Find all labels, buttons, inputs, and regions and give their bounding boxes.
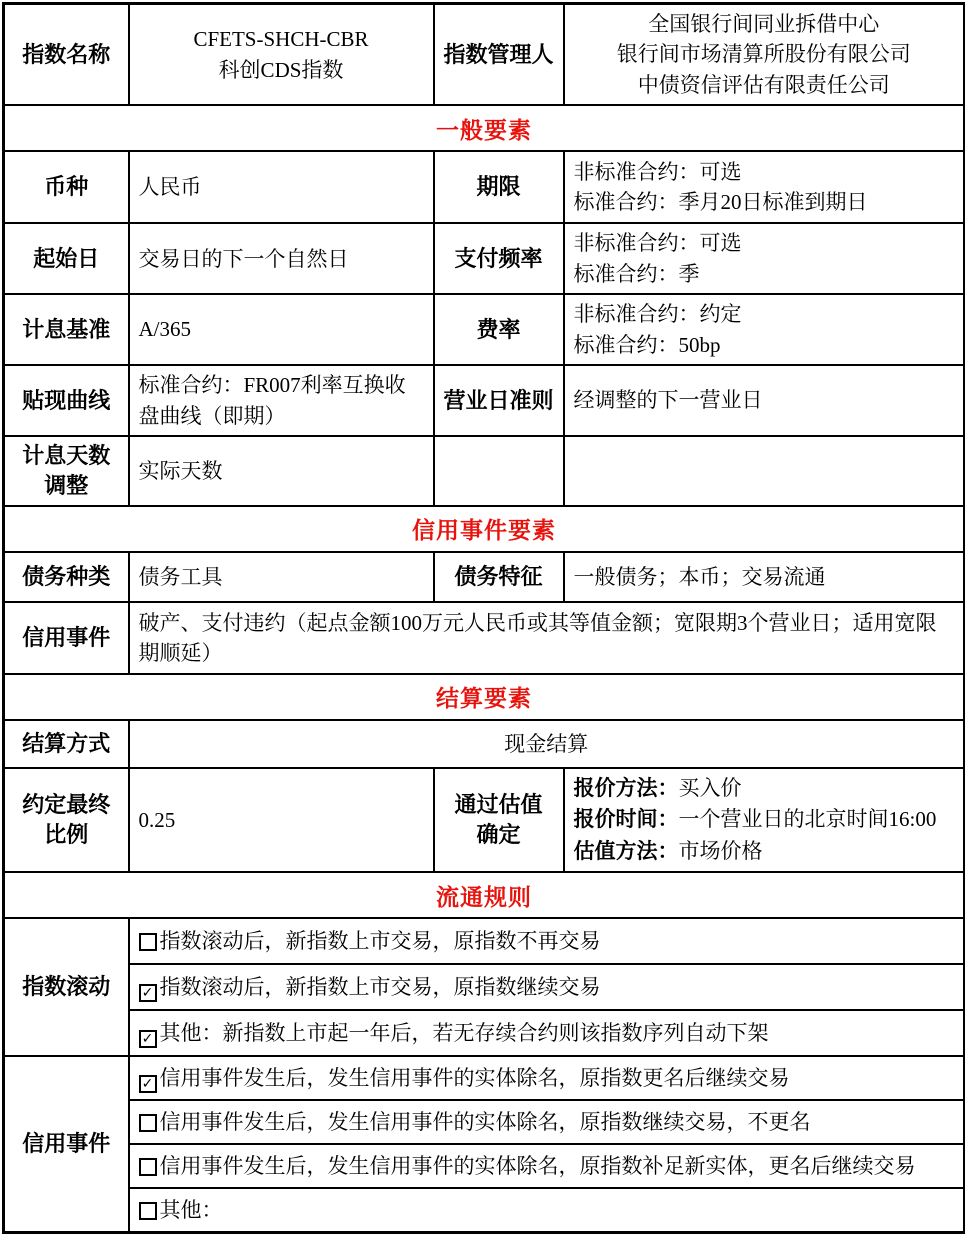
option-text: 信用事件发生后，发生信用事件的实体除名，原指数补足新实体，更名后继续交易 [160, 1154, 916, 1178]
section-header-credit-event: 信用事件要素 [4, 506, 965, 552]
credit-event-label: 信用事件 [4, 602, 129, 674]
section-header-circulation: 流通规则 [4, 872, 965, 918]
index-manager-line: 中债资信评估有限责任公司 [574, 70, 955, 100]
fee-rate-value: 非标准合约：约定 标准合约：50bp [564, 294, 965, 365]
tenor-label: 期限 [434, 151, 564, 223]
row-start-date: 起始日 交易日的下一个自然日 支付频率 非标准合约：可选 标准合约：季 [4, 223, 965, 294]
index-rolling-option: 指数滚动后，新指数上市交易，原指数不再交易 [129, 918, 965, 964]
option-text: 信用事件发生后，发生信用事件的实体除名，原指数更名后继续交易 [160, 1066, 790, 1090]
option-text: 其他：新指数上市起一年后，若无存续合约则该指数序列自动下架 [160, 1021, 769, 1045]
option-text: 指数滚动后，新指数上市交易，原指数不再交易 [160, 929, 601, 953]
index-rolling-option: ✓指数滚动后，新指数上市交易，原指数继续交易 [129, 964, 965, 1010]
option-text: 指数滚动后，新指数上市交易，原指数继续交易 [160, 975, 601, 999]
quote-time-line: 报价时间：一个营业日的北京时间16:00 [574, 804, 955, 835]
row-index-rolling-option-2: ✓指数滚动后，新指数上市交易，原指数继续交易 [4, 964, 965, 1010]
quote-method-line: 报价方法：买入价 [574, 773, 955, 804]
option-text: 信用事件发生后，发生信用事件的实体除名，原指数继续交易，不更名 [160, 1110, 811, 1134]
row-currency: 币种 人民币 期限 非标准合约：可选 标准合约：季月20日标准到期日 [4, 151, 965, 223]
valuation-method-label: 通过估值 确定 [434, 768, 564, 872]
credit-event-rule-option: 信用事件发生后，发生信用事件的实体除名，原指数补足新实体，更名后继续交易 [129, 1144, 965, 1188]
discount-curve-label: 贴现曲线 [4, 365, 129, 436]
section-header-general: 一般要素 [4, 105, 965, 151]
option-text: 其他： [160, 1198, 223, 1222]
section-title-credit-event: 信用事件要素 [4, 506, 965, 552]
row-credit-event-rule-1: 信用事件 ✓信用事件发生后，发生信用事件的实体除名，原指数更名后继续交易 [4, 1056, 965, 1100]
daycount-basis-label: 计息基准 [4, 294, 129, 365]
debt-characteristics-value: 一般债务；本币；交易流通 [564, 552, 965, 602]
currency-value: 人民币 [129, 151, 434, 223]
payment-frequency-label: 支付频率 [434, 223, 564, 294]
discount-curve-value: 标准合约：FR007利率互换收盘曲线（即期） [129, 365, 434, 436]
cds-index-spec-table: 指数名称 CFETS-SHCH-CBR 科创CDS指数 指数管理人 全国银行间同… [2, 2, 965, 1234]
start-date-value: 交易日的下一个自然日 [129, 223, 434, 294]
row-daycount-adjustment: 计息天数 调整 实际天数 [4, 436, 965, 506]
credit-event-rule-option: 信用事件发生后，发生信用事件的实体除名，原指数继续交易，不更名 [129, 1100, 965, 1144]
section-header-settlement: 结算要素 [4, 674, 965, 720]
checkbox-icon[interactable] [139, 1114, 157, 1132]
daycount-basis-value: A/365 [129, 294, 434, 365]
settlement-method-label: 结算方式 [4, 720, 129, 768]
section-title-circulation: 流通规则 [4, 872, 965, 918]
row-credit-event-rule-2: 信用事件发生后，发生信用事件的实体除名，原指数继续交易，不更名 [4, 1100, 965, 1144]
index-name-line: 科创CDS指数 [139, 55, 424, 85]
index-manager-value: 全国银行间同业拆借中心 银行间市场清算所股份有限公司 中债资信评估有限责任公司 [564, 4, 965, 106]
fee-rate-label: 费率 [434, 294, 564, 365]
debt-characteristics-label: 债务特征 [434, 552, 564, 602]
row-daycount-basis: 计息基准 A/365 费率 非标准合约：约定 标准合约：50bp [4, 294, 965, 365]
business-day-convention-value: 经调整的下一营业日 [564, 365, 965, 436]
start-date-label: 起始日 [4, 223, 129, 294]
row-discount-curve: 贴现曲线 标准合约：FR007利率互换收盘曲线（即期） 营业日准则 经调整的下一… [4, 365, 965, 436]
section-title-general: 一般要素 [4, 105, 965, 151]
index-manager-line: 银行间市场清算所股份有限公司 [574, 39, 955, 69]
valuation-details: 报价方法：买入价 报价时间：一个营业日的北京时间16:00 估值方法：市场价格 [564, 768, 965, 872]
payment-frequency-value: 非标准合约：可选 标准合约：季 [564, 223, 965, 294]
index-manager-label: 指数管理人 [434, 4, 564, 106]
final-ratio-value: 0.25 [129, 768, 434, 872]
checkbox-icon[interactable] [139, 1202, 157, 1220]
index-rolling-label: 指数滚动 [4, 918, 129, 1056]
credit-event-rules-label: 信用事件 [4, 1056, 129, 1232]
daycount-adjustment-value: 实际天数 [129, 436, 434, 506]
row-index-rolling-option-3: ✓其他：新指数上市起一年后，若无存续合约则该指数序列自动下架 [4, 1010, 965, 1056]
row-credit-event-rule-4: 其他： [4, 1188, 965, 1232]
row-index-rolling-option-1: 指数滚动 指数滚动后，新指数上市交易，原指数不再交易 [4, 918, 965, 964]
row-credit-event-definition: 信用事件 破产、支付违约（起点金额100万元人民币或其等值金额；宽限期3个营业日… [4, 602, 965, 674]
credit-event-rule-option: 其他： [129, 1188, 965, 1232]
currency-label: 币种 [4, 151, 129, 223]
index-manager-line: 全国银行间同业拆借中心 [574, 9, 955, 39]
checkbox-icon[interactable]: ✓ [139, 1075, 157, 1093]
debt-type-label: 债务种类 [4, 552, 129, 602]
empty-cell [434, 436, 564, 506]
section-title-settlement: 结算要素 [4, 674, 965, 720]
row-credit-event-rule-3: 信用事件发生后，发生信用事件的实体除名，原指数补足新实体，更名后继续交易 [4, 1144, 965, 1188]
row-settlement-method: 结算方式 现金结算 [4, 720, 965, 768]
valuation-method-line: 估值方法：市场价格 [574, 836, 955, 867]
index-name-label: 指数名称 [4, 4, 129, 106]
credit-event-value: 破产、支付违约（起点金额100万元人民币或其等值金额；宽限期3个营业日；适用宽限… [129, 602, 965, 674]
index-name-value: CFETS-SHCH-CBR 科创CDS指数 [129, 4, 434, 106]
credit-event-rule-option: ✓信用事件发生后，发生信用事件的实体除名，原指数更名后继续交易 [129, 1056, 965, 1100]
daycount-adjustment-label: 计息天数 调整 [4, 436, 129, 506]
business-day-convention-label: 营业日准则 [434, 365, 564, 436]
debt-type-value: 债务工具 [129, 552, 434, 602]
tenor-value: 非标准合约：可选 标准合约：季月20日标准到期日 [564, 151, 965, 223]
index-rolling-option: ✓其他：新指数上市起一年后，若无存续合约则该指数序列自动下架 [129, 1010, 965, 1056]
row-debt-type: 债务种类 债务工具 债务特征 一般债务；本币；交易流通 [4, 552, 965, 602]
final-ratio-label: 约定最终 比例 [4, 768, 129, 872]
checkbox-icon[interactable]: ✓ [139, 1030, 157, 1048]
checkbox-icon[interactable] [139, 1158, 157, 1176]
settlement-method-value: 现金结算 [129, 720, 965, 768]
checkbox-icon[interactable] [139, 933, 157, 951]
checkbox-icon[interactable]: ✓ [139, 984, 157, 1002]
empty-cell [564, 436, 965, 506]
row-final-ratio: 约定最终 比例 0.25 通过估值 确定 报价方法：买入价 报价时间：一个营业日… [4, 768, 965, 872]
header-row: 指数名称 CFETS-SHCH-CBR 科创CDS指数 指数管理人 全国银行间同… [4, 4, 965, 106]
index-name-line: CFETS-SHCH-CBR [139, 24, 424, 54]
